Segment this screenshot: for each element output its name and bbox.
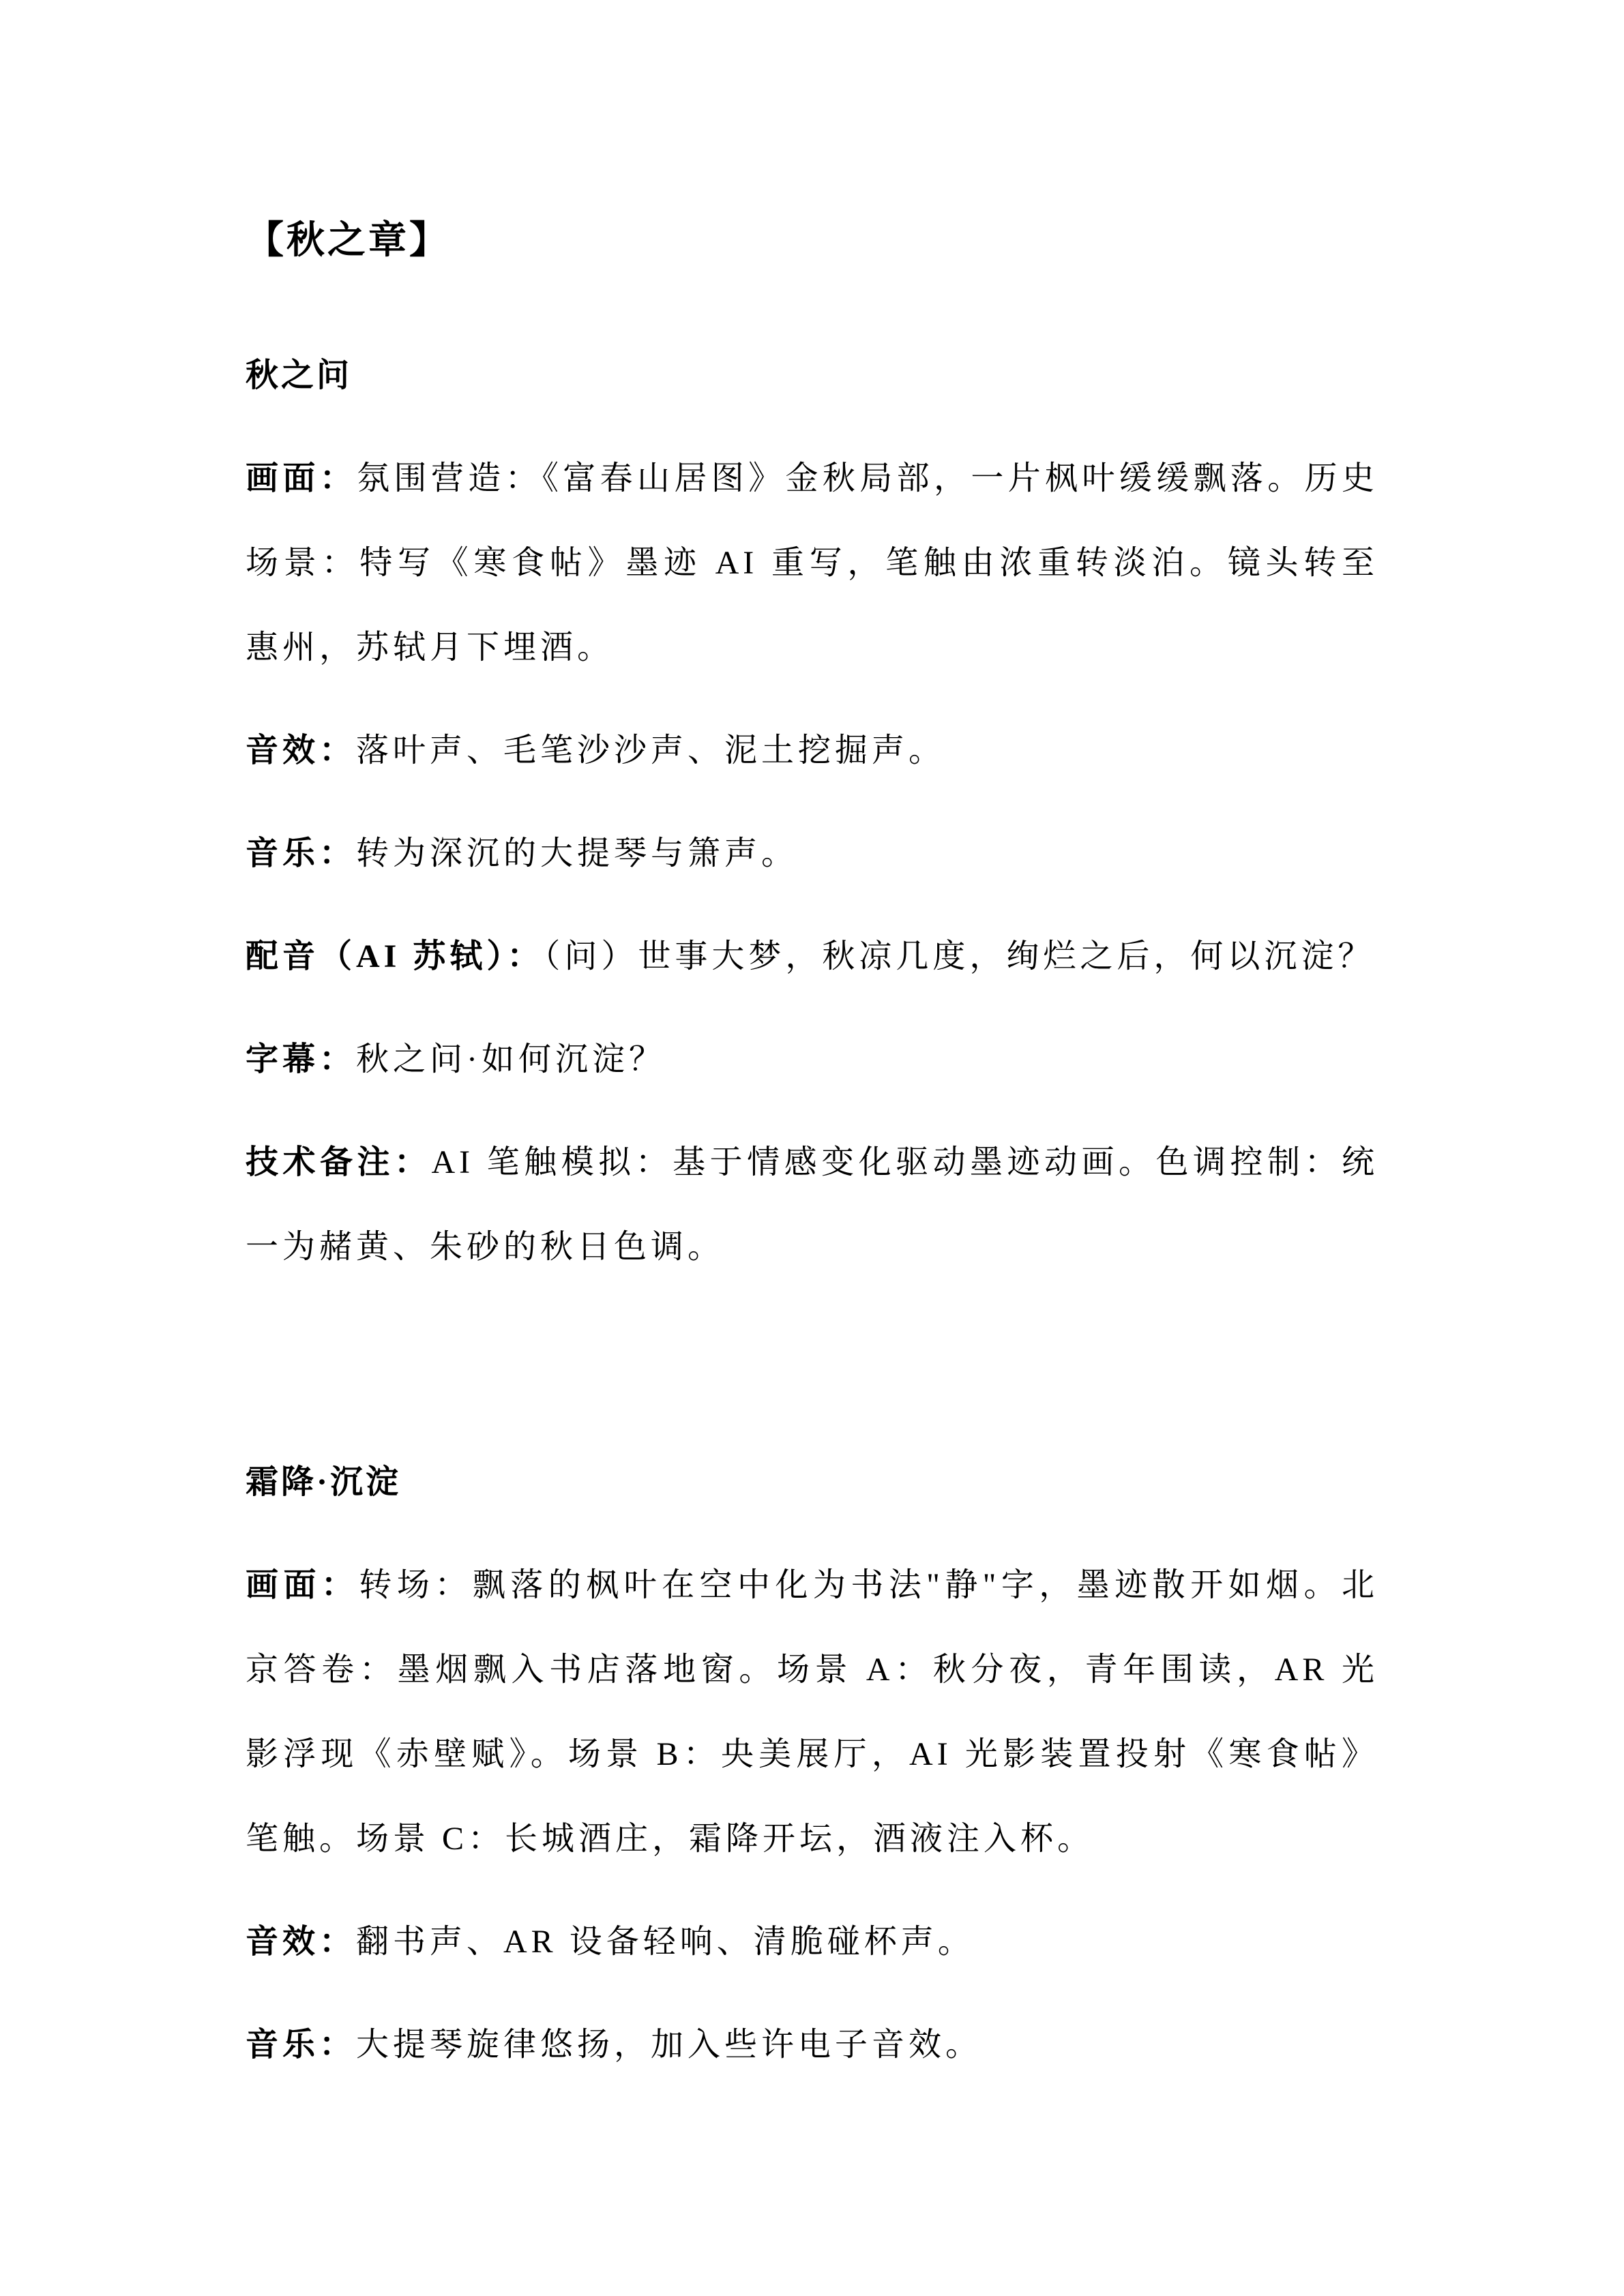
- field-label-visual: 画面：: [246, 460, 357, 496]
- section-frost-descent: 霜降·沉淀 画面：转场：飘落的枫叶在空中化为书法"静"字，墨迹散开如烟。北京答卷…: [246, 1440, 1378, 2087]
- scene-heading-autumn-question: 秋之问: [246, 333, 1378, 418]
- field-label-music: 音乐：: [246, 835, 356, 871]
- field-text-subtitle: 秋之问·如何沉淀？: [356, 1041, 666, 1077]
- field-label-subtitle: 字幕：: [246, 1041, 356, 1077]
- paragraph-music-2: 音乐：大提琴旋律悠扬，加入些许电子音效。: [246, 2003, 1378, 2087]
- paragraph-sound-effects-2: 音效：翻书声、AR 设备轻响、清脆碰杯声。: [246, 1900, 1378, 1984]
- paragraph-subtitle: 字幕：秋之问·如何沉淀？: [246, 1017, 1378, 1102]
- field-text-sound-effects-2: 翻书声、AR 设备轻响、清脆碰杯声。: [356, 1924, 975, 1960]
- field-label-visual-2: 画面：: [246, 1567, 359, 1603]
- field-text-visual: 氛围营造：《富春山居图》金秋局部，一片枫叶缓缓飘落。历史场景：特写《寒食帖》墨迹…: [246, 460, 1378, 666]
- paragraph-sound-effects: 音效：落叶声、毛笔沙沙声、泥土挖掘声。: [246, 709, 1378, 793]
- field-label-tech-notes: 技术备注：: [246, 1144, 431, 1180]
- scene-heading-frost-descent: 霜降·沉淀: [246, 1440, 1378, 1525]
- paragraph-music: 音乐：转为深沉的大提琴与箫声。: [246, 811, 1378, 896]
- paragraph-visual: 画面：氛围营造：《富春山居图》金秋局部，一片枫叶缓缓飘落。历史场景：特写《寒食帖…: [246, 436, 1378, 690]
- paragraph-visual-2: 画面：转场：飘落的枫叶在空中化为书法"静"字，墨迹散开如烟。北京答卷：墨烟飘入书…: [246, 1543, 1378, 1881]
- section-autumn-question: 秋之问 画面：氛围营造：《富春山居图》金秋局部，一片枫叶缓缓飘落。历史场景：特写…: [246, 333, 1378, 1289]
- field-text-music: 转为深沉的大提琴与箫声。: [356, 835, 798, 871]
- paragraph-tech-notes: 技术备注：AI 笔触模拟：基于情感变化驱动墨迹动画。色调控制：统一为赭黄、朱砂的…: [246, 1120, 1378, 1289]
- field-label-music-2: 音乐：: [246, 2027, 356, 2063]
- field-text-music-2: 大提琴旋律悠扬，加入些许电子音效。: [356, 2027, 982, 2063]
- field-label-sound-effects-2: 音效：: [246, 1924, 356, 1960]
- field-label-sound-effects: 音效：: [246, 732, 356, 769]
- paragraph-voiceover: 配音（AI 苏轼）：（问）世事大梦，秋凉几度，绚烂之后，何以沉淀？: [246, 914, 1378, 999]
- field-text-visual-2: 转场：飘落的枫叶在空中化为书法"静"字，墨迹散开如烟。北京答卷：墨烟飘入书店落地…: [246, 1567, 1378, 1857]
- chapter-title: 【秋之章】: [246, 198, 1378, 283]
- field-text-sound-effects: 落叶声、毛笔沙沙声、泥土挖掘声。: [356, 732, 945, 769]
- field-text-voiceover: （问）世事大梦，秋凉几度，绚烂之后，何以沉淀？: [544, 938, 1374, 974]
- field-label-voiceover: 配音（AI 苏轼）：: [246, 938, 544, 974]
- document-page: 【秋之章】 秋之问 画面：氛围营造：《富春山居图》金秋局部，一片枫叶缓缓飘落。历…: [0, 0, 1624, 2296]
